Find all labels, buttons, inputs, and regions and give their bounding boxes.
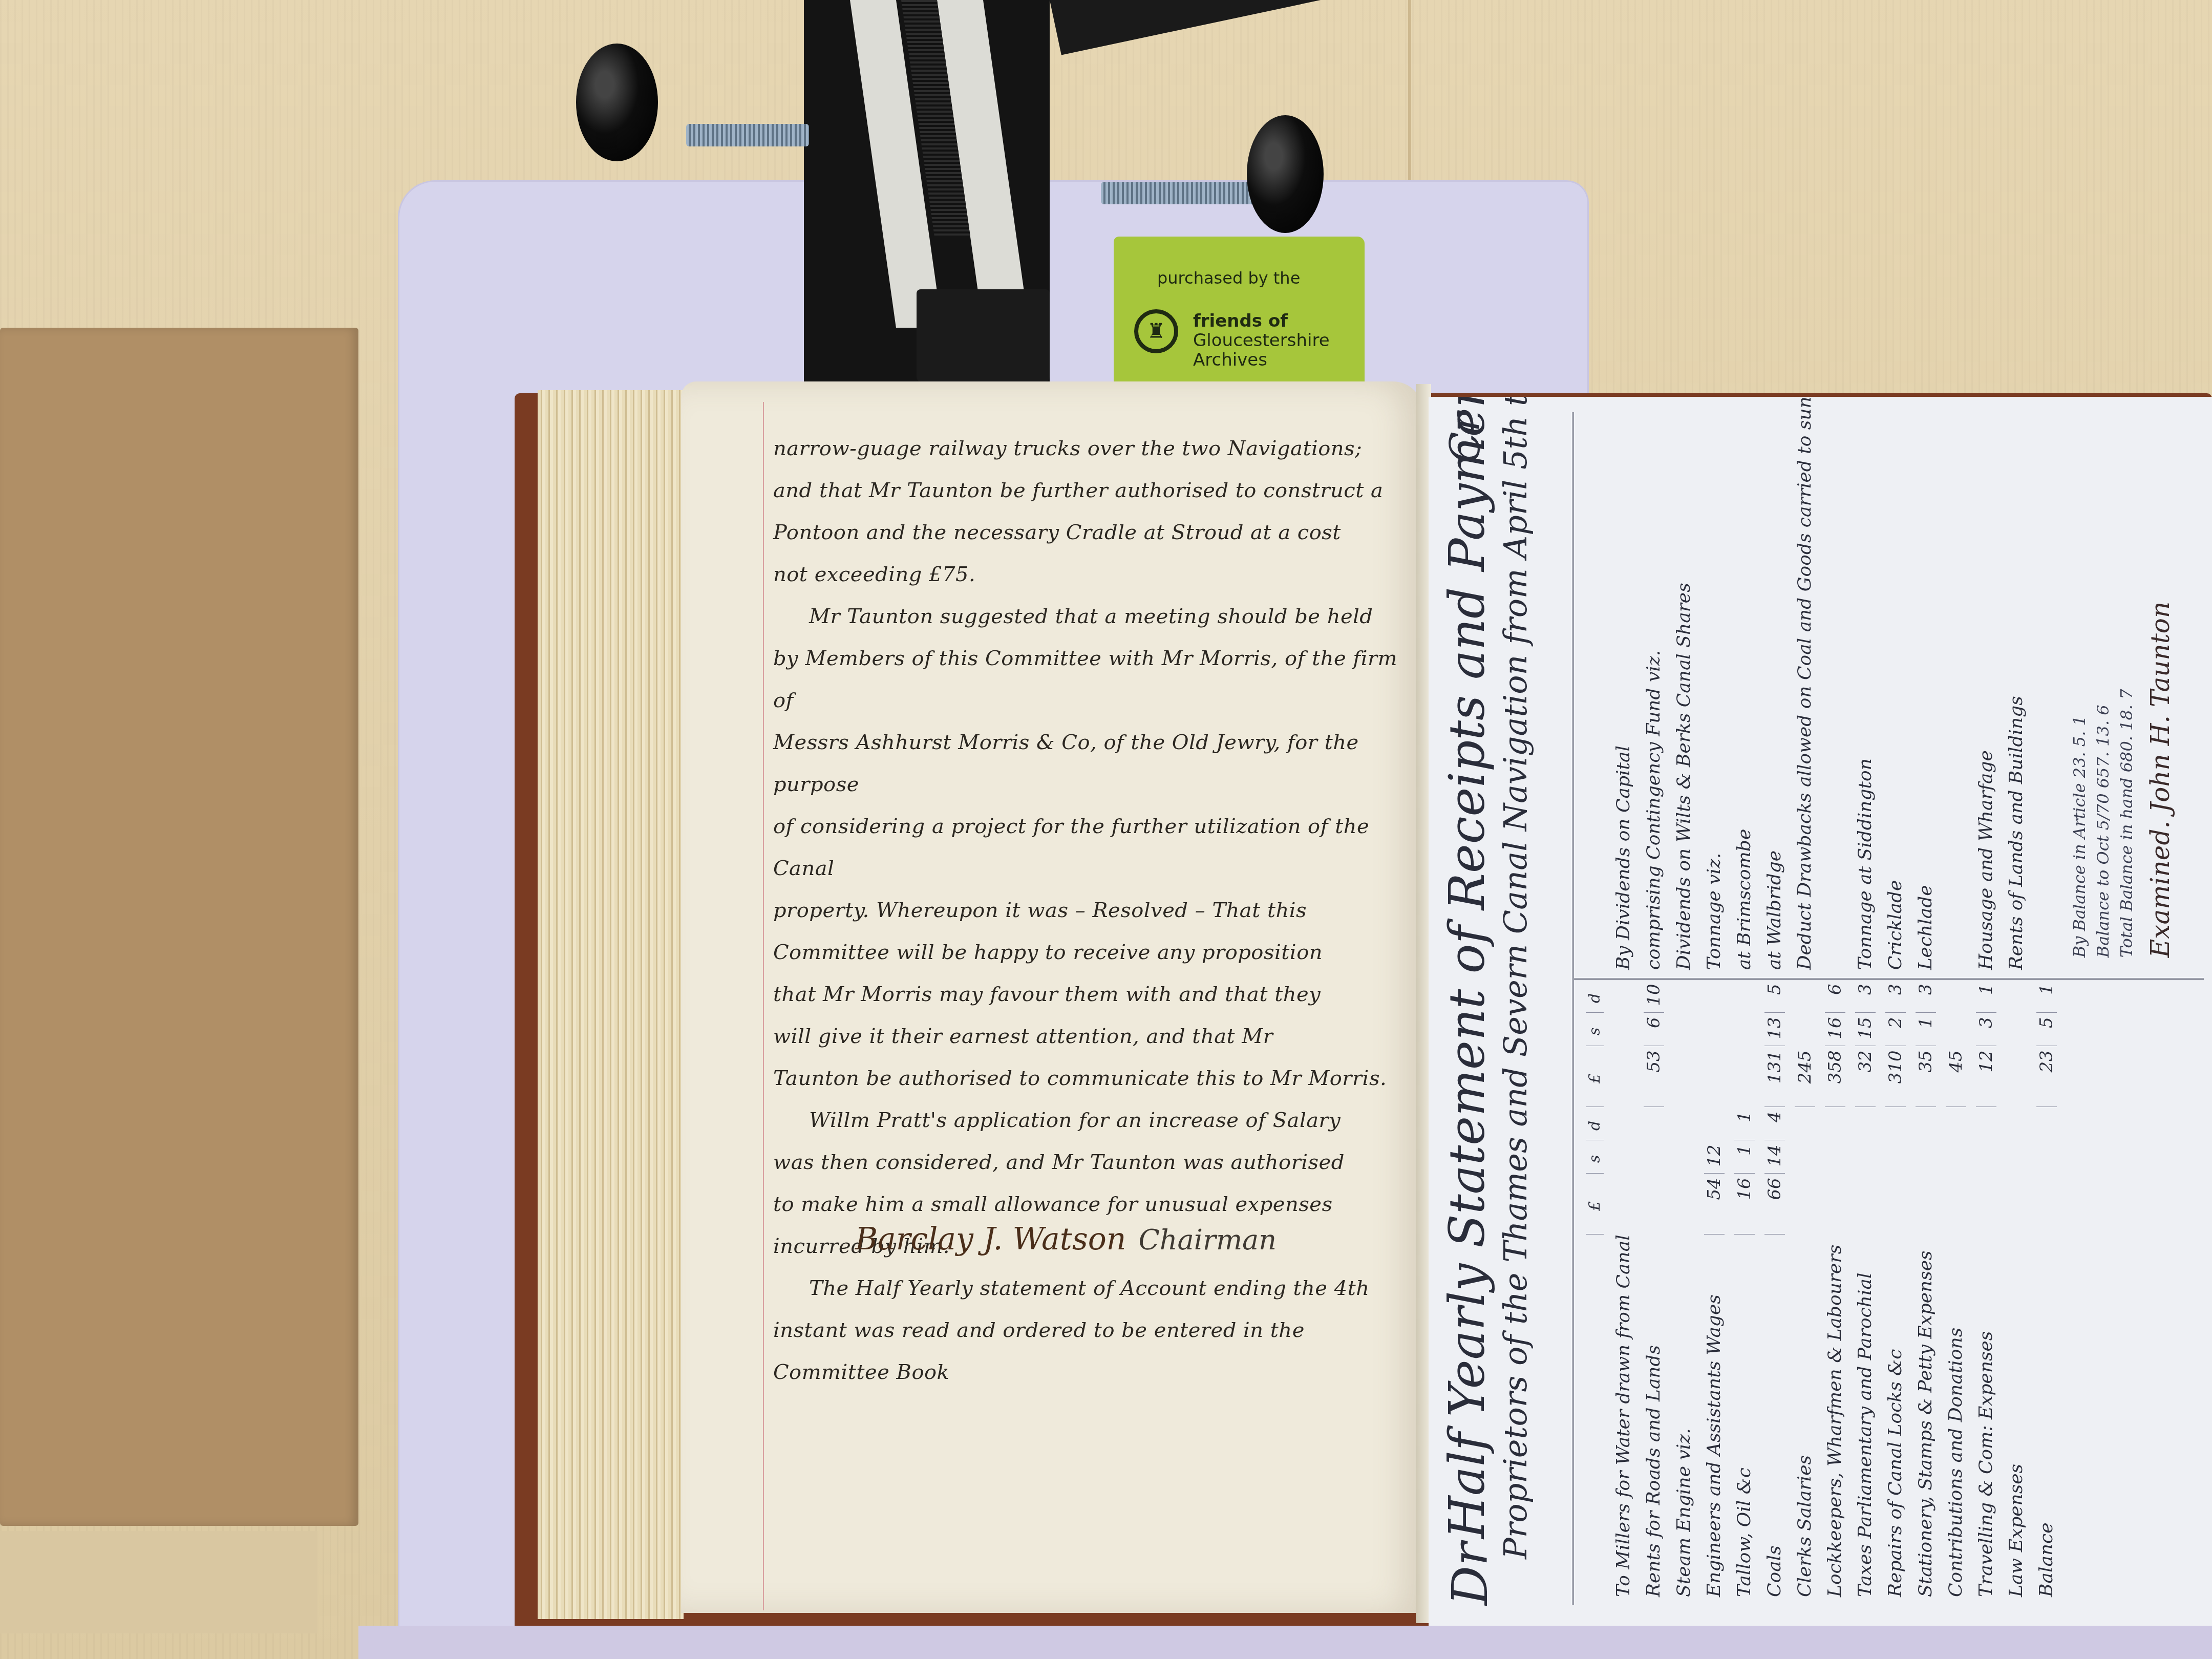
ledger-item-label: Tonnage at Siddington	[1855, 397, 1876, 978]
minute-line: Mr Taunton suggested that a meeting shou…	[773, 605, 1373, 628]
ledger-item-label: Law Expenses	[2006, 1235, 2027, 1605]
amount-pence: 6	[1825, 980, 1845, 1013]
amount-shillings: 13	[1764, 1013, 1785, 1046]
balance-note: Total Balance in hand 680. 18. 7	[2115, 397, 2138, 958]
signature-role: Chairman	[1139, 1224, 1277, 1256]
ledger-row: Steam Engine viz.	[1665, 980, 1695, 1605]
debit-mark: Dr	[1441, 1542, 1499, 1605]
right-clamp-knob-icon[interactable]	[1247, 115, 1324, 233]
amount-pounds: 32	[1855, 1046, 1876, 1107]
ledger-row: comprising Contingency Fund viz.	[1634, 397, 1665, 978]
ledger-item-label: Deduct Drawbacks allowed on Coal and Goo…	[1794, 397, 1815, 978]
credit-mark: Cr	[1441, 412, 1489, 463]
castle-icon: ♜	[1134, 309, 1178, 353]
amount-pounds: 12	[1976, 1046, 1996, 1107]
col-shillings: s	[1586, 1140, 1604, 1174]
ledger-body: £ s d £ s d To Millers for Water drawn f…	[1572, 412, 2204, 1605]
left-clamp-screw	[686, 124, 809, 146]
debit-rows: To Millers for Water drawn from CanalRen…	[1604, 980, 2057, 1605]
amount-shillings: 12	[1704, 1140, 1725, 1174]
ledger-row: 104847	[1937, 397, 1967, 978]
ledger-item-label: Travelling & Com: Expenses	[1975, 1235, 1996, 1605]
minute-line: Committee Book	[773, 1360, 949, 1384]
ledger-row: By Dividends on Capital	[1604, 397, 1634, 978]
minute-line: The Half Yearly statement of Account end…	[773, 1277, 1370, 1300]
sticker-org-line1: friends of	[1193, 311, 1330, 331]
page-block-edge	[538, 390, 684, 1619]
minute-line: was then considered, and Mr Taunton was …	[773, 1151, 1345, 1174]
col-pounds: £	[1586, 1174, 1604, 1235]
ledger-row: at Brimscombe364167	[1725, 397, 1755, 978]
ledger-item-label: Engineers and Assistants Wages	[1704, 1235, 1725, 1605]
ledger-row: Tonnage viz.	[1695, 397, 1725, 978]
ledger-item-label: Rents of Lands and Buildings	[2006, 397, 2027, 978]
ledger-item-label: Coals	[1764, 1235, 1785, 1605]
ledger-row: Coals66144131135	[1755, 980, 1785, 1605]
desk-edge	[0, 1531, 317, 1633]
minute-line: will give it their earnest attention, an…	[773, 1025, 1273, 1048]
ledger-row: Contributions and Donations45	[1937, 980, 1967, 1605]
amount-pence: 10	[1644, 980, 1664, 1013]
cradle-lower-edge	[358, 1626, 2212, 1659]
ledger-row: Clerks Salaries245	[1785, 980, 1816, 1605]
stand-foot	[917, 289, 1050, 381]
ledger-row: Lockkeepers, Wharfmen & Labourers358166	[1816, 980, 1846, 1605]
minute-line: property. Whereupon it was – Resolved – …	[773, 899, 1307, 922]
credit-total-row: 1253 3 8	[2027, 397, 2057, 978]
ledger-row: Deduct Drawbacks allowed on Coal and Goo…	[1785, 397, 1816, 978]
ledger-row: Cricklade7852	[1876, 397, 1906, 978]
amount-shillings: 1	[1734, 1140, 1755, 1174]
ledger-title: Dr Half Yearly Statement of Receipts and…	[1439, 412, 1536, 1605]
half-yearly-statement: Dr Half Yearly Statement of Receipts and…	[1429, 397, 2212, 1626]
ledger-row: To Millers for Water drawn from Canal	[1604, 980, 1634, 1605]
minute-line: Taunton be authorised to communicate thi…	[773, 1067, 1387, 1090]
ledger-item-label: To Millers for Water drawn from Canal	[1613, 1235, 1634, 1605]
ledger-row: Repairs of Canal Locks &c31023	[1876, 980, 1906, 1605]
col-pence: d	[1586, 980, 1604, 1013]
amount-pounds: 16	[1734, 1174, 1755, 1235]
minute-line: by Members of this Committee with Mr Mor…	[773, 647, 1397, 712]
amount-pence: 5	[1764, 980, 1785, 1013]
ledger-item-label: at Brimscombe	[1734, 397, 1755, 978]
sticker-caption: purchased by the	[1157, 268, 1300, 288]
amount-pence: 3	[1916, 980, 1936, 1013]
ledger-row: Lechlade54	[1906, 397, 1937, 978]
ledger-item-label: Clerks Salaries	[1794, 1235, 1815, 1605]
amount-shillings: 3	[1976, 1013, 1996, 1046]
amount-shillings: 5	[2036, 1013, 2057, 1046]
ledger-row: Housage and Wharfage30173	[1967, 397, 1997, 978]
amount-pounds: 35	[1916, 1046, 1936, 1107]
left-page-minutes: narrow-guage railway trucks over the two…	[681, 381, 1423, 1613]
amount-shillings: 1	[1916, 1013, 1936, 1046]
minute-paragraph: narrow-guage railway trucks over the two…	[773, 428, 1403, 595]
right-clamp-screw	[1101, 182, 1270, 204]
archive-folder	[0, 328, 358, 1526]
credit-side: £ s d £ s d By Dividends on Capitalcompr…	[1574, 397, 2204, 978]
amount-pounds: 54	[1704, 1174, 1725, 1235]
ledger-row: Rents of Lands and Buildings174110	[1997, 397, 2027, 978]
amount-shillings: 6	[1644, 1013, 1664, 1046]
ledger-row: Tallow, Oil &c1611	[1725, 980, 1755, 1605]
ledger-row: at Walbridge45681182156	[1755, 397, 1785, 978]
credit-rows: By Dividends on Capitalcomprising Contin…	[1604, 397, 2027, 978]
minute-line: of considering a project for the further…	[773, 815, 1369, 880]
right-page-ledger: Dr Half Yearly Statement of Receipts and…	[1429, 397, 2212, 1626]
ledger-item-label: Tallow, Oil &c	[1734, 1235, 1755, 1605]
amount-pounds: 131	[1764, 1046, 1785, 1107]
col-pounds: £	[1586, 1046, 1604, 1107]
column-header-row: £ s d £ s d	[1574, 397, 1604, 978]
ledger-item-label: at Walbridge	[1764, 397, 1785, 978]
signature-name: Barclay J. Watson	[855, 1221, 1126, 1257]
amount-shillings: 14	[1764, 1140, 1785, 1174]
chairman-signature: Barclay J. WatsonChairman	[855, 1221, 1277, 1257]
ledger-item-label: Repairs of Canal Locks &c	[1885, 1235, 1906, 1605]
ledger-item-label: Balance	[2036, 1235, 2057, 1605]
sticker-org-name: friends of Gloucestershire Archives	[1193, 311, 1330, 370]
amount-pence: 3	[1855, 980, 1876, 1013]
ledger-item-label: Rents for Roads and Lands	[1643, 1235, 1664, 1605]
balance-notes: By Balance in Article 23. 5. 1 Balance t…	[2057, 397, 2138, 978]
ledger-row: Law Expenses	[1997, 980, 2027, 1605]
sticker-org-line2: Gloucestershire	[1193, 331, 1330, 350]
ledger-row: Tonnage at Siddington13173	[1846, 397, 1876, 978]
minute-paragraph: Mr Taunton suggested that a meeting shou…	[773, 595, 1403, 1099]
col-shillings: s	[1586, 1013, 1604, 1046]
ledger-row: Travelling & Com: Expenses1231	[1967, 980, 1997, 1605]
ledger-item-label: Contributions and Donations	[1945, 1235, 1966, 1605]
ledger-row: 784117	[1816, 397, 1846, 978]
amount-shillings: 16	[1825, 1013, 1845, 1046]
ledger-item-label: By Dividends on Capital	[1613, 397, 1634, 978]
minute-line: that Mr Morris may favour them with and …	[773, 983, 1321, 1006]
left-clamp-knob-icon[interactable]	[576, 44, 658, 161]
minute-line: to make him a small allowance for unusua…	[773, 1193, 1332, 1216]
minute-line: instant was read and ordered to be enter…	[773, 1318, 1305, 1342]
balance-note: By Balance in Article 23. 5. 1	[2068, 397, 2091, 958]
amount-pounds: 66	[1764, 1174, 1785, 1235]
sticker-org-line3: Archives	[1193, 350, 1330, 370]
amount-pence: 4	[1764, 1107, 1785, 1140]
ledger-title-line1: Half Yearly Statement of Receipts and Pa…	[1439, 412, 1495, 1605]
amount-pounds: 23	[2036, 1046, 2057, 1107]
minute-line: Willm Pratt's application for an increas…	[773, 1109, 1341, 1132]
ledger-item-label: Steam Engine viz.	[1673, 1235, 1694, 1605]
amount-shillings: 15	[1855, 1013, 1876, 1046]
ledger-item-label: Lechlade	[1915, 397, 1936, 978]
ledger-row: Taxes Parliamentary and Parochial32153	[1846, 980, 1876, 1605]
ledger-row: Rents for Roads and Lands53610	[1634, 980, 1665, 1605]
ledger-item-label: Taxes Parliamentary and Parochial	[1855, 1235, 1876, 1605]
friends-of-archives-sticker: purchased by the ♜ friends of Gloucester…	[1114, 237, 1365, 390]
ledger-row: Stationery, Stamps & Petty Expenses3513	[1906, 980, 1937, 1605]
ledger-row: Balance2351	[2027, 980, 2057, 1605]
ledger-row: Engineers and Assistants Wages5412	[1695, 980, 1725, 1605]
ledger-item-label: Housage and Wharfage	[1975, 397, 1996, 978]
balance-note: Balance to Oct 5/70 657. 13. 6	[2091, 397, 2115, 958]
ledger-row: Dividends on Wilts & Berks Canal Shares	[1665, 397, 1695, 978]
ledger-item-label: Dividends on Wilts & Berks Canal Shares	[1673, 397, 1694, 978]
ledger-item-label: comprising Contingency Fund viz.	[1643, 397, 1664, 978]
debit-side: £ s d £ s d To Millers for Water drawn f…	[1574, 978, 2204, 1605]
minute-line: Committee will be happy to receive any p…	[773, 941, 1323, 964]
amount-pounds: 245	[1795, 1046, 1815, 1107]
ledger-item-label: Lockkeepers, Wharfmen & Labourers	[1824, 1235, 1845, 1605]
minute-line: and that Mr Taunton be further authorise…	[773, 479, 1383, 502]
amount-pence: 3	[1885, 980, 1906, 1013]
ledger-title-line2: Proprietors of the Thames and Severn Can…	[1495, 412, 1536, 1605]
column-header-row: £ s d £ s d	[1574, 980, 1604, 1605]
ledger-item-label: Stationery, Stamps & Petty Expenses	[1915, 1235, 1936, 1605]
amount-shillings: 2	[1885, 1013, 1906, 1046]
amount-pounds: 358	[1825, 1046, 1845, 1107]
amount-pence: 1	[2036, 980, 2057, 1013]
margin-rule	[763, 402, 764, 1610]
minute-line: narrow-guage railway trucks over the two…	[773, 437, 1362, 460]
minute-line: not exceeding £75.	[773, 563, 975, 586]
minute-line: Messrs Ashhurst Morris & Co, of the Old …	[773, 731, 1359, 796]
amount-pence: 1	[1734, 1107, 1755, 1140]
ledger-item-label: Tonnage viz.	[1704, 397, 1725, 978]
amount-pounds: 45	[1946, 1046, 1966, 1107]
col-pence: d	[1586, 1107, 1604, 1140]
amount-pence: 1	[1976, 980, 1996, 1013]
amount-pounds: 53	[1644, 1046, 1664, 1107]
minute-paragraph: The Half Yearly statement of Account end…	[773, 1267, 1403, 1393]
ledger-item-label: Cricklade	[1885, 397, 1906, 978]
examined-signature: Examined. John H. Taunton	[2138, 397, 2175, 978]
minute-line: Pontoon and the necessary Cradle at Stro…	[773, 521, 1341, 544]
amount-pounds: 310	[1885, 1046, 1906, 1107]
